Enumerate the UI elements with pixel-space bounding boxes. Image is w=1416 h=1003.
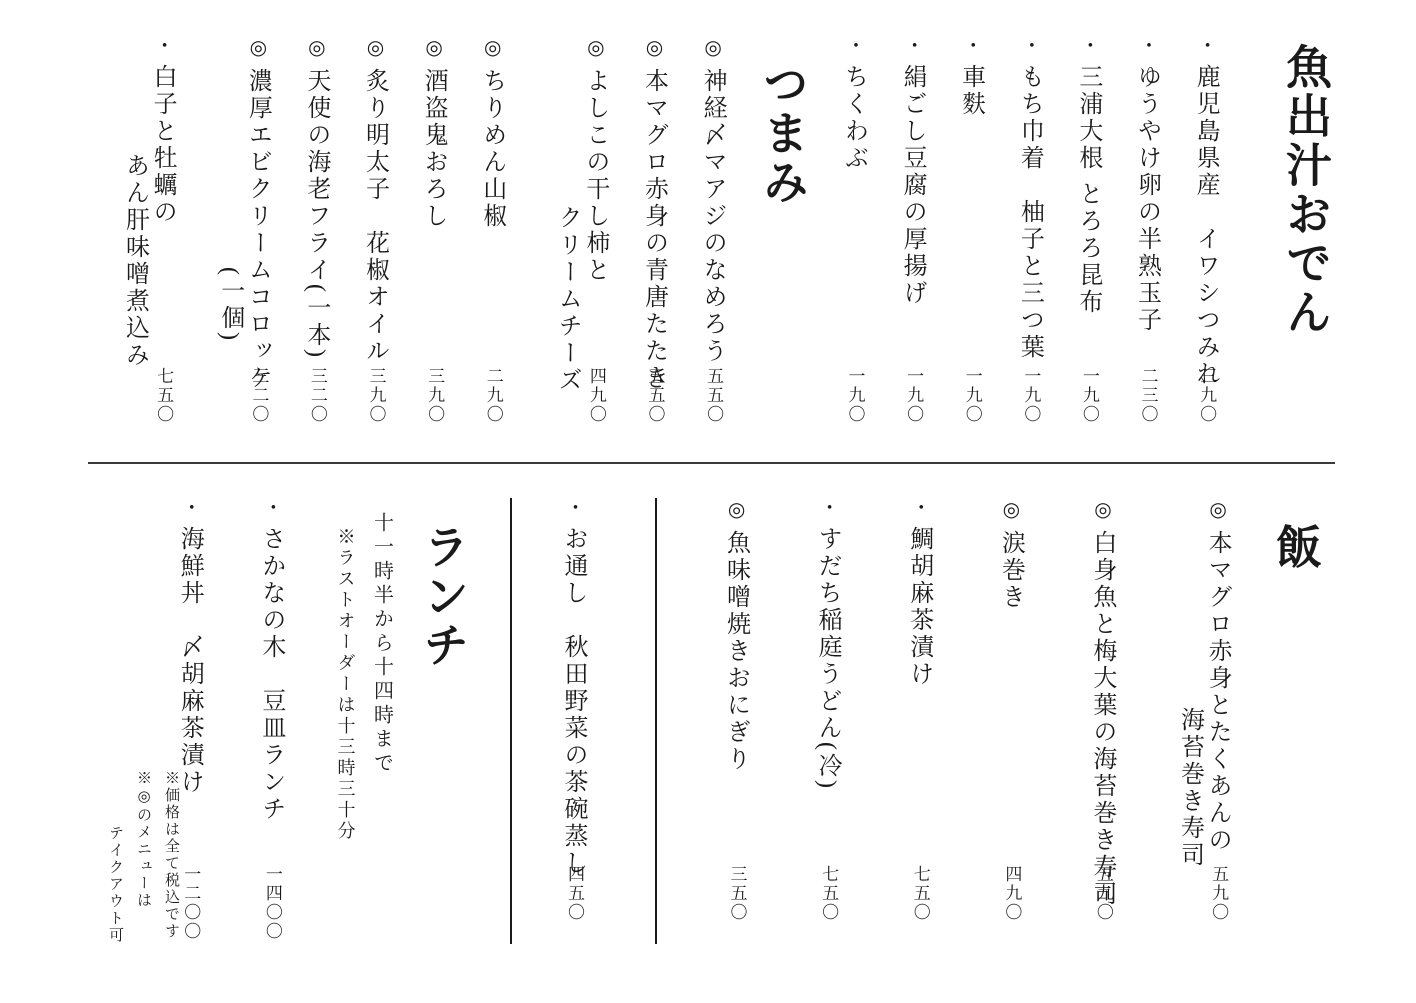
tsumami-section-title: つまみ [755, 35, 808, 441]
double-circle-icon: ◎ [701, 35, 723, 68]
double-circle-icon: ◎ [246, 35, 268, 68]
takeout-note-line2: テイクアウト可 [106, 770, 124, 970]
item-price: 三九〇 [368, 367, 385, 424]
item-price: 二三〇 [1140, 367, 1157, 424]
item-name: さかなの木 豆皿ランチ [258, 526, 284, 823]
menu-item: ◎酒盗鬼おろし 三九〇 [419, 35, 447, 441]
item-price: 三九〇 [426, 367, 443, 424]
item-name: 鯛胡麻茶漬け [906, 526, 932, 688]
menu-item: ◎本マグロ赤身とたくあんの 海苔巻き寿司 五九〇 [1175, 497, 1230, 953]
menu-item: ・鯛胡麻茶漬け 七五〇 [904, 497, 932, 953]
item-name: 白身魚と梅大葉の海苔巻き寿司 [1089, 530, 1115, 908]
bullet-icon: ・ [1194, 35, 1216, 64]
menu-item: ◎本マグロ赤身の青唐たたき 五五〇 [639, 35, 667, 441]
item-price: 一九〇 [1022, 367, 1039, 424]
double-circle-icon: ◎ [305, 35, 327, 68]
item-name: 天使の海老フライ(一本) [303, 68, 329, 360]
item-name: 三浦大根 とろろ昆布 [1075, 64, 1101, 316]
item-price: 七五〇 [155, 367, 172, 424]
menu-item: ◎涙巻き 四九〇 [996, 497, 1024, 953]
item-name: 海鮮丼 〆胡麻茶漬け [176, 526, 202, 796]
item-name-line2: あん肝味噌煮込み [120, 35, 148, 441]
item-price: 三二〇 [309, 367, 326, 424]
menu-item: ◎神経〆マアジのなめろう 五五〇 [697, 35, 725, 441]
top-section: 魚出汁おでん ・鹿児島県産 イワシつみれ 三九〇 ・ゆうやけ卵の半熟玉子 二三〇… [60, 35, 1331, 441]
item-price: 二九〇 [485, 367, 502, 424]
item-name: ちりめん山椒 [479, 68, 505, 230]
item-price: 五五〇 [646, 367, 663, 424]
item-name-line2: クリームチーズ [553, 35, 581, 441]
bullet-icon: ・ [1136, 35, 1158, 64]
vertical-divider [655, 498, 657, 944]
item-name: 涙巻き [997, 530, 1023, 611]
item-name: 鹿児島県産 イワシつみれ [1192, 64, 1218, 388]
item-name: 炙り明太子 花椒オイル [362, 68, 388, 365]
item-name: よしこの干し柿と [582, 68, 608, 284]
item-name: お通し 秋田野菜の茶碗蒸し [560, 526, 586, 877]
bullet-icon: ・ [908, 497, 930, 526]
menu-item: ・三浦大根 とろろ昆布 一九〇 [1073, 35, 1101, 441]
menu-item: ◎炙り明太子 花椒オイル 三九〇 [360, 35, 388, 441]
item-name: 本マグロ赤身の青唐たたき [640, 68, 666, 392]
double-circle-icon: ◎ [481, 35, 503, 68]
item-name: 酒盗鬼おろし [420, 68, 446, 230]
menu-item: ・もち巾着 柚子と三つ葉 一九〇 [1015, 35, 1043, 441]
bullet-icon: ・ [260, 497, 282, 526]
bullet-icon: ・ [151, 35, 173, 64]
item-price: 三二〇 [250, 367, 267, 424]
item-name: 魚味噌焼きおにぎり [723, 530, 749, 773]
double-circle-icon: ◎ [999, 497, 1021, 530]
horizontal-divider [88, 462, 1335, 464]
menu-item: ◎魚味噌焼きおにぎり 三五〇 [721, 497, 749, 953]
item-price: 三九〇 [1198, 367, 1215, 424]
bullet-icon: ・ [562, 497, 584, 526]
item-name-line2: 海苔巻き寿司 [1175, 497, 1203, 953]
menu-item: ◎天使の海老フライ(一本) 三二〇 [301, 35, 329, 441]
item-price: 五九〇 [1095, 865, 1112, 922]
double-circle-icon: ◎ [584, 35, 606, 68]
lunch-section-title: ランチ [415, 497, 468, 953]
menu-item: ・ちくわぶ 一九〇 [839, 35, 867, 441]
item-price: 一九〇 [905, 367, 922, 424]
menu-item: ・お通し 秋田野菜の茶碗蒸し 四五〇 [558, 497, 586, 953]
item-price: 七五〇 [820, 865, 837, 922]
double-circle-icon: ◎ [1091, 497, 1113, 530]
bullet-icon: ・ [816, 497, 838, 526]
menu-item: ◎よしこの干し柿と クリームチーズ 四九〇 [553, 35, 608, 441]
item-price: 四九〇 [1003, 865, 1020, 922]
vertical-divider [510, 498, 512, 944]
item-price: 一九〇 [847, 367, 864, 424]
menu-item: ・白子と牡蠣の あん肝味噌煮込み 七五〇 [120, 35, 175, 441]
item-name: ゆうやけ卵の半熟玉子 [1134, 64, 1160, 334]
item-price: 五九〇 [1210, 865, 1227, 922]
double-circle-icon: ◎ [422, 35, 444, 68]
item-name: ちくわぶ [841, 64, 867, 172]
item-price: 一二〇〇 [182, 865, 199, 941]
item-price: 一四〇〇 [264, 865, 281, 941]
menu-item: ・鹿児島県産 イワシつみれ 三九〇 [1191, 35, 1219, 441]
menu-item: ◎濃厚エビクリームコロッケ (一個) 三二〇 [215, 35, 270, 441]
menu-item: ◎白身魚と梅大葉の海苔巻き寿司 五九〇 [1087, 497, 1115, 953]
takeout-note-line1: ※◎のメニューは [134, 770, 152, 970]
item-price: 七五〇 [912, 865, 929, 922]
double-circle-icon: ◎ [364, 35, 386, 68]
meshi-section-title: 飯 [1268, 497, 1321, 953]
oden-section-title: 魚出汁おでん [1278, 35, 1331, 441]
menu-item: ・絹ごし豆腐の厚揚げ 一九〇 [898, 35, 926, 441]
bullet-icon: ・ [1018, 35, 1040, 64]
item-name: 絹ごし豆腐の厚揚げ [899, 64, 925, 307]
item-price: 一九〇 [1081, 367, 1098, 424]
double-circle-icon: ◎ [1206, 497, 1228, 530]
lunch-last-order-note: ※ラストオーダーは十三時三十分 [334, 497, 356, 953]
bullet-icon: ・ [901, 35, 923, 64]
item-name: 本マグロ赤身とたくあんの [1204, 530, 1230, 854]
bullet-icon: ・ [960, 35, 982, 64]
menu-item: ・ゆうやけ卵の半熟玉子 二三〇 [1132, 35, 1160, 441]
double-circle-icon: ◎ [725, 497, 747, 530]
bottom-section: 飯 ◎本マグロ赤身とたくあんの 海苔巻き寿司 五九〇 ◎白身魚と梅大葉の海苔巻き… [60, 497, 1331, 953]
menu-page: 魚出汁おでん ・鹿児島県産 イワシつみれ 三九〇 ・ゆうやけ卵の半熟玉子 二三〇… [0, 0, 1416, 1003]
menu-item: ・さかなの木 豆皿ランチ 一四〇〇 [256, 497, 284, 953]
item-name: もち巾着 柚子と三つ葉 [1016, 64, 1042, 361]
bullet-icon: ・ [178, 497, 200, 526]
footer-notes: ※価格は全て税込です ※◎のメニューは テイクアウト可 [86, 770, 180, 970]
item-price: 三五〇 [729, 865, 746, 922]
item-price: 四五〇 [566, 865, 583, 922]
item-price: 一九〇 [964, 367, 981, 424]
item-name: 濃厚エビクリームコロッケ [244, 68, 270, 392]
item-name: 神経〆マアジのなめろう [699, 68, 725, 365]
item-name-line2: (一個) [215, 35, 243, 441]
menu-item: ・車麩 一九〇 [956, 35, 984, 441]
bullet-icon: ・ [1077, 35, 1099, 64]
lunch-hours: 十一時半から十四時まで [369, 497, 393, 953]
menu-item: ・すだち稲庭うどん(冷) 七五〇 [813, 497, 841, 953]
menu-item: ◎ちりめん山椒 二九〇 [477, 35, 505, 441]
tax-note: ※価格は全て税込です [162, 770, 180, 970]
double-circle-icon: ◎ [642, 35, 664, 68]
item-price: 五五〇 [705, 367, 722, 424]
item-name: すだち稲庭うどん(冷) [814, 526, 840, 791]
item-name: 車麩 [958, 64, 984, 118]
item-price: 四九〇 [588, 367, 605, 424]
bullet-icon: ・ [843, 35, 865, 64]
item-name: 白子と牡蠣の [149, 64, 175, 226]
